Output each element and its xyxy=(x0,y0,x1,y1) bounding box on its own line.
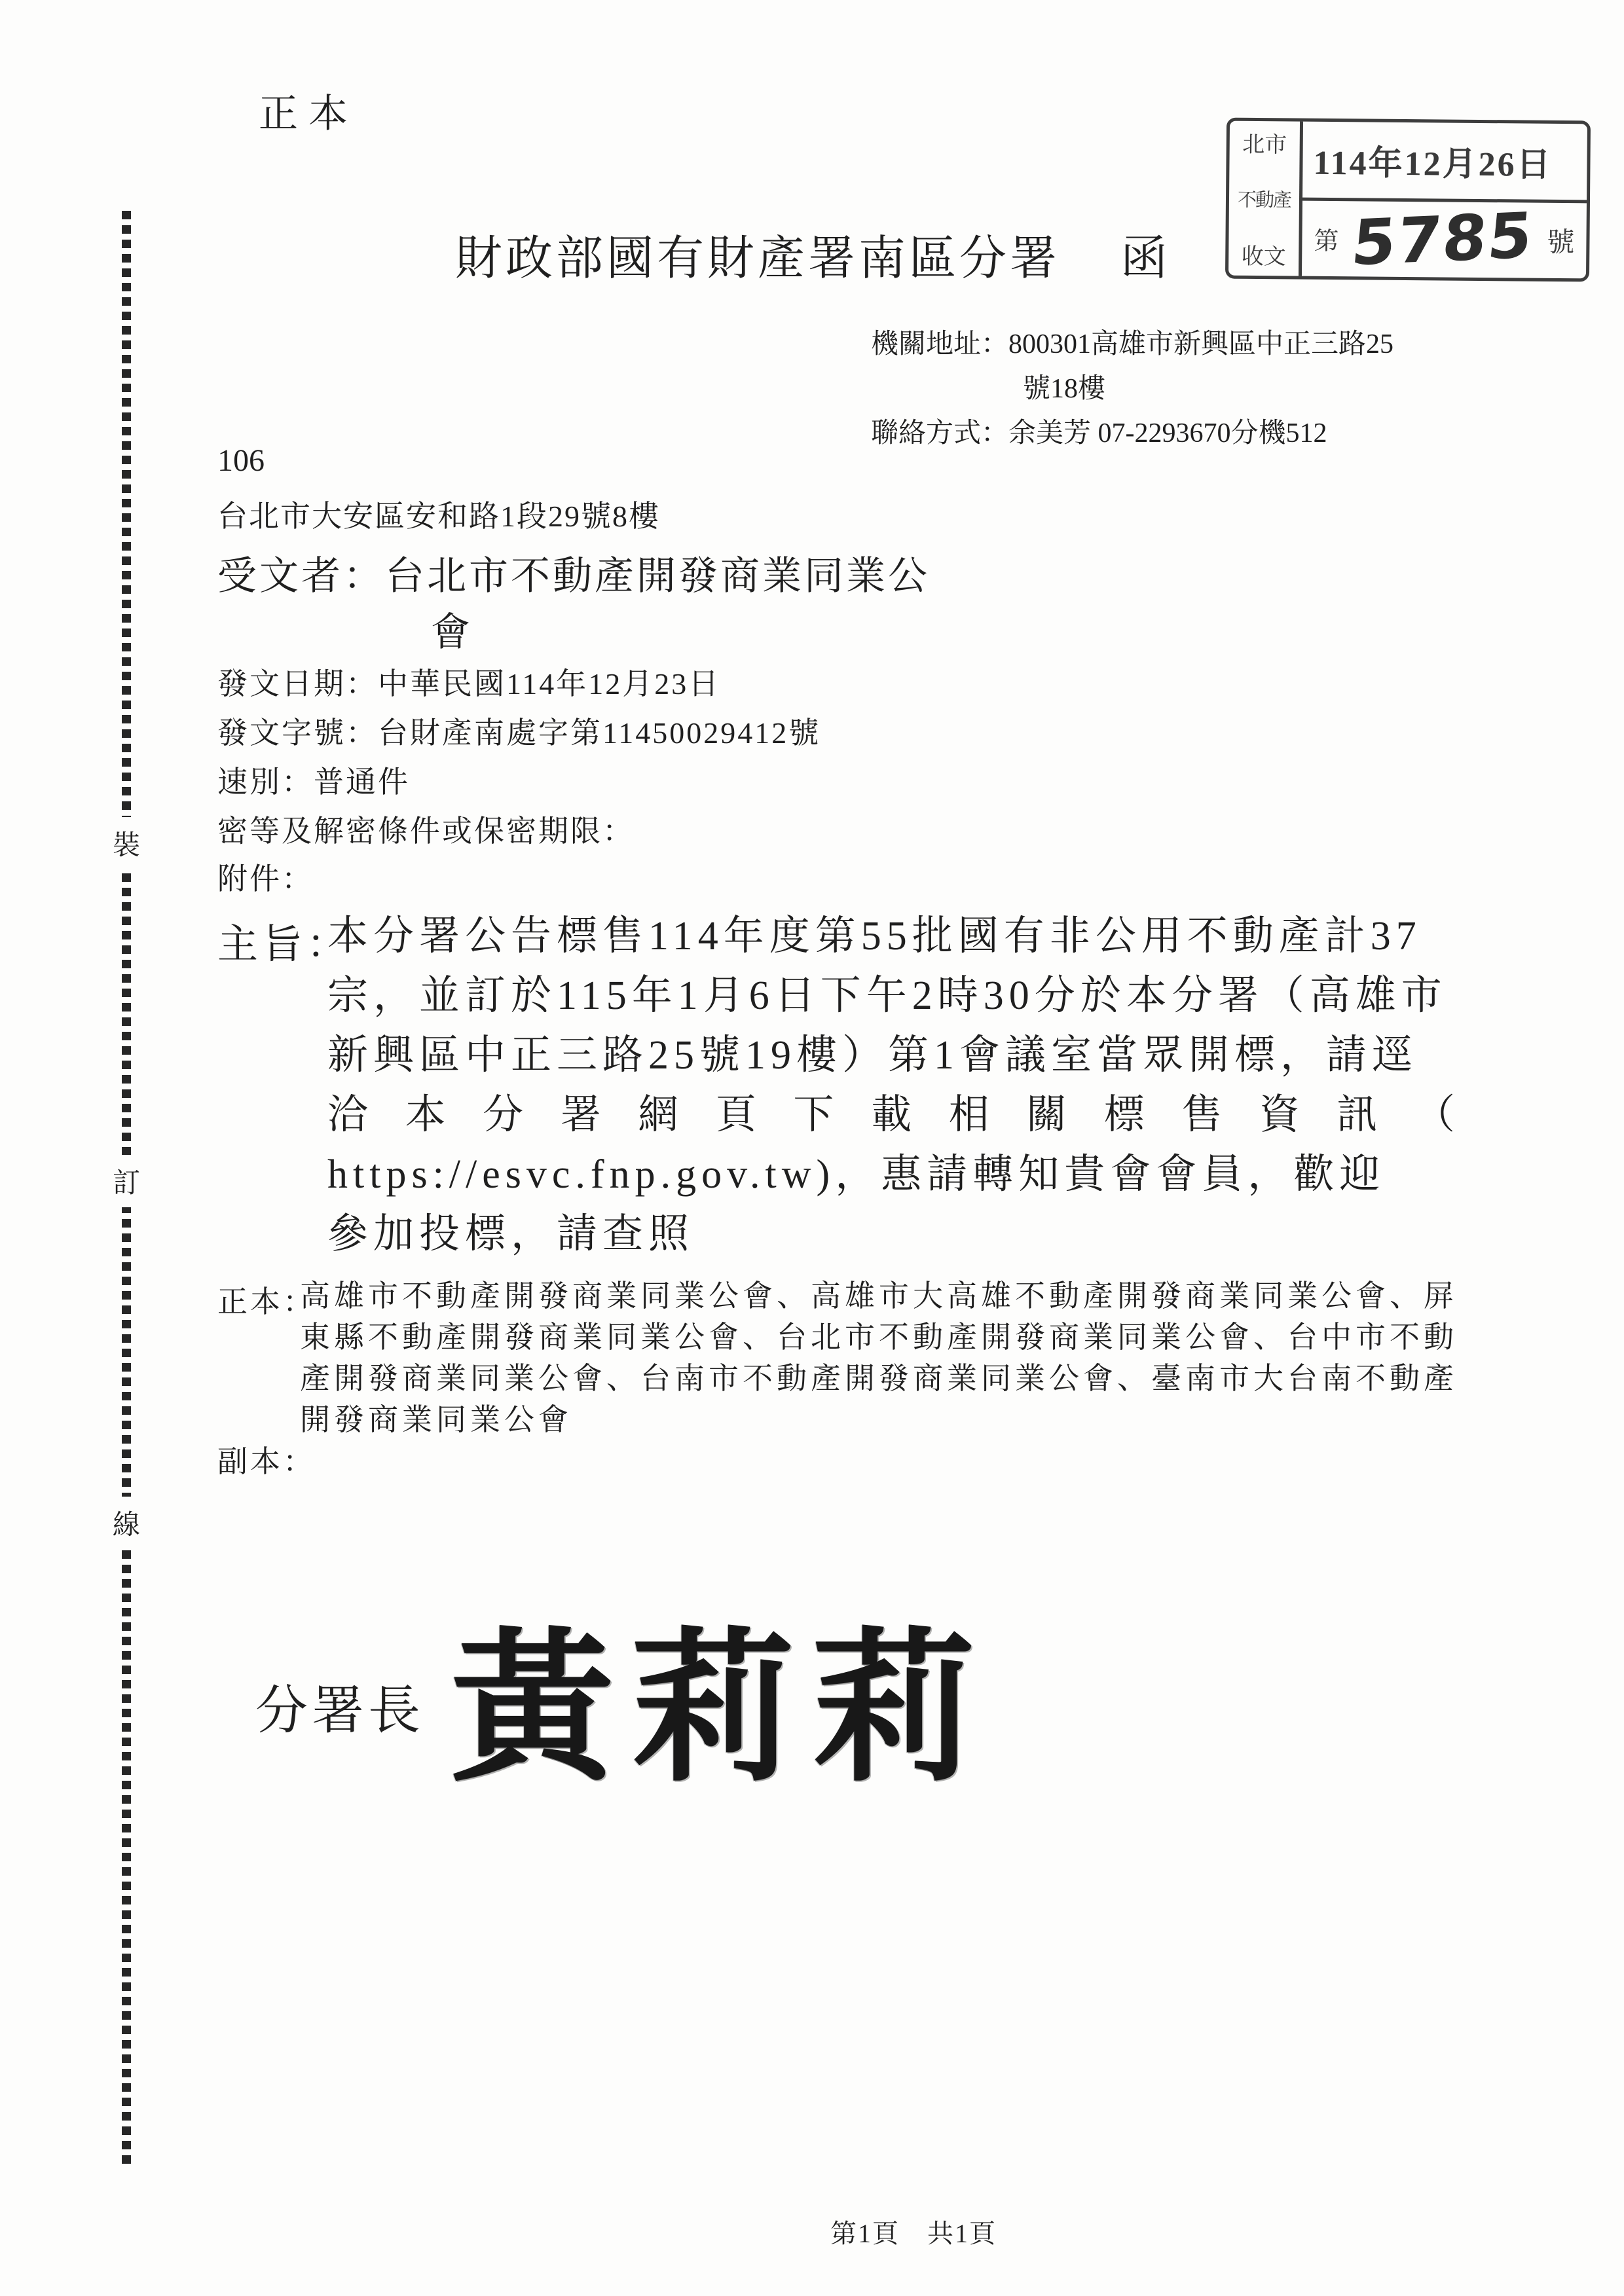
stamp-org-line2: 不動產 xyxy=(1230,185,1298,212)
issuing-agency-name: 財政部國有財產署南區分署 xyxy=(455,232,1060,285)
meta-row-speed: 速別：普通件 xyxy=(217,758,410,801)
document-title: 財政部國有財產署南區分署函 xyxy=(455,220,1171,288)
signer-title: 分署長 xyxy=(255,1668,424,1743)
document-type-label: 函 xyxy=(1120,232,1171,285)
stamp-number-prefix: 第 xyxy=(1314,221,1338,257)
receipt-stamp-org: 北市 不動產 收文 xyxy=(1228,121,1303,276)
attachment-label: 附件： xyxy=(217,862,314,896)
recipient-name-line1: 台北市不動產開發商業同業公 xyxy=(385,555,930,598)
sender-contact-line: 聯絡方式：余美芳 07-2293670分機512 xyxy=(871,411,1327,450)
stamp-org-line3: 收文 xyxy=(1230,238,1297,271)
meta-row-ref-number: 發文字號：台財產南處字第11450029412號 xyxy=(217,709,821,752)
original-recipients-line: 高雄市不動產開發商業同業公會、高雄市大高雄不動產開發商業同業公會、屏 xyxy=(300,1278,1456,1319)
subject-line-url: https://esvc.fnp.gov.tw)，惠請轉知貴會會員，歡迎 xyxy=(327,1150,1455,1209)
security-label: 密等及解密條件或保密期限： xyxy=(217,814,635,848)
receipt-stamp-fields: 114年12月26日 第 5785 號 xyxy=(1302,122,1587,279)
sender-address-line2: 號18樓 xyxy=(1023,367,1105,406)
subject-line: 本分署公告標售114年度第55批國有非公用不動產計37 xyxy=(327,911,1455,971)
original-recipients-line: 產開發商業同業公會、台南市不動產開發商業同業公會、臺南市大台南不動產 xyxy=(300,1360,1456,1402)
issue-date-label: 發文日期： xyxy=(217,667,378,701)
recipient-label: 受文者： xyxy=(217,555,385,598)
recipient-name-line2: 會 xyxy=(431,601,470,657)
stamp-org-line1: 北市 xyxy=(1231,126,1299,159)
original-recipients-list: 高雄市不動產開發商業同業公會、高雄市大高雄不動產開發商業同業公會、屏 東縣不動產… xyxy=(300,1278,1456,1443)
receipt-stamp: 北市 不動產 收文 114年12月26日 第 5785 號 xyxy=(1225,118,1591,282)
recipient-zip: 106 xyxy=(217,443,265,479)
subject-body: 本分署公告標售114年度第55批國有非公用不動產計37 宗，並訂於115年1月6… xyxy=(327,911,1455,1269)
subject-line: 參加投標，請查照 xyxy=(327,1209,1455,1269)
sender-address-line1: 機關地址：800301高雄市新興區中正三路25 xyxy=(871,322,1393,361)
binding-mark-ding: 訂 xyxy=(109,1155,144,1207)
subject-line: 新興區中正三路25號19樓）第1會議室當眾開標，請逕 xyxy=(327,1030,1455,1090)
copy-type-label: 正本 xyxy=(259,82,358,139)
page-footer: 第1頁 共1頁 xyxy=(830,2213,997,2250)
meta-row-issue-date: 發文日期：中華民國114年12月23日 xyxy=(217,660,720,703)
recipient-address: 台北市大安區安和路1段29號8樓 xyxy=(217,492,660,536)
speed-label: 速別： xyxy=(217,765,314,799)
receipt-stamp-number-row: 第 5785 號 xyxy=(1302,200,1587,278)
ref-number-label: 發文字號： xyxy=(217,716,378,750)
original-recipients-line: 開發商業同業公會 xyxy=(300,1402,1456,1443)
meta-row-security: 密等及解密條件或保密期限： xyxy=(217,807,635,850)
ref-number-value: 台財產南處字第11450029412號 xyxy=(378,716,821,750)
stamp-number-suffix: 號 xyxy=(1547,221,1575,260)
copy-recipients-label: 副本： xyxy=(217,1438,316,1481)
meta-row-attachment: 附件： xyxy=(217,855,314,898)
signer-name-stamp: 黃莉莉 xyxy=(451,1576,993,1812)
binding-mark-zhuang: 裝 xyxy=(109,817,144,869)
subject-line: 宗，並訂於115年1月6日下午2時30分於本分署（高雄市 xyxy=(327,971,1455,1030)
recipient-row: 受文者：台北市不動產開發商業同業公 xyxy=(217,545,930,601)
speed-value: 普通件 xyxy=(314,765,410,799)
original-recipients-line: 東縣不動產開發商業同業公會、台北市不動產開發商業同業公會、台中市不動 xyxy=(300,1319,1456,1360)
issue-date-value: 中華民國114年12月23日 xyxy=(378,667,720,701)
binding-mark-xian: 線 xyxy=(109,1497,144,1549)
document-page: 正本 財政部國有財產署南區分署函 北市 不動產 收文 114年12月26日 第 … xyxy=(0,0,1624,2296)
receipt-stamp-date: 114年12月26日 xyxy=(1302,122,1587,203)
subject-line-justified: 洽本分署網頁下載相關標售資訊（ xyxy=(327,1090,1455,1150)
stamp-number-handwritten: 5785 xyxy=(1349,199,1538,280)
